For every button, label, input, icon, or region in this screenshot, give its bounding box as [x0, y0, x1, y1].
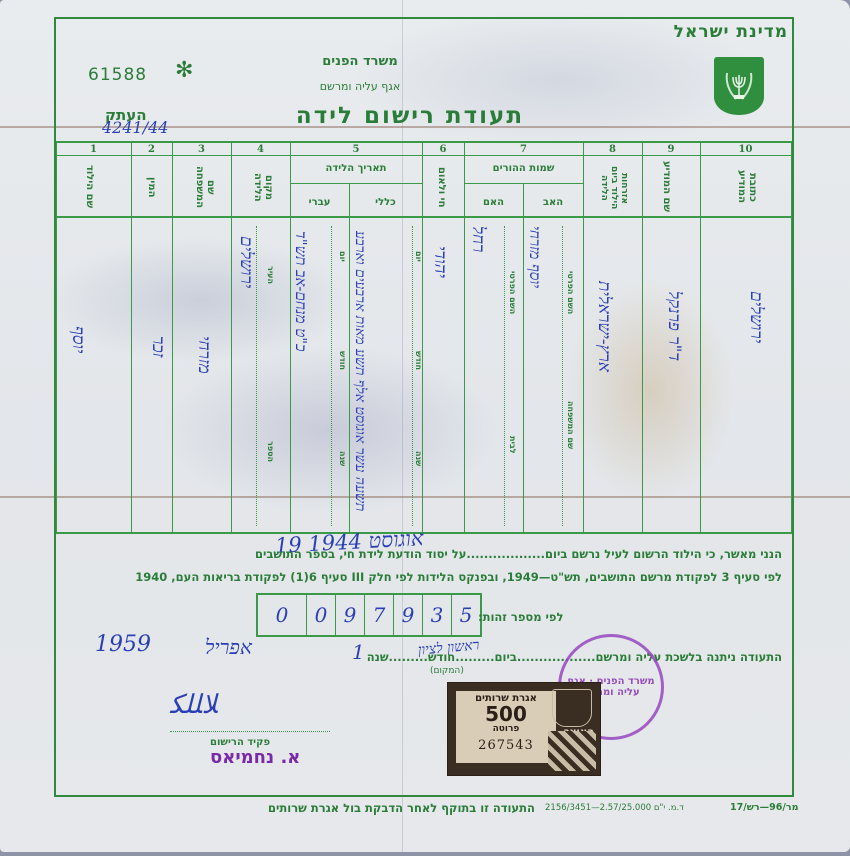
- subheader-general: כללי: [349, 197, 422, 208]
- signature-scrawl: ﻼﻠﻠﻜ: [170, 690, 217, 720]
- stamp-unit: פרוטה: [456, 724, 556, 734]
- header-name: שם הילוד: [84, 161, 95, 213]
- id-number-label: לפי מספר זהות:: [478, 610, 563, 624]
- label-day: יום: [338, 251, 347, 262]
- id-digit: 7: [364, 595, 393, 635]
- header-parents: שמות ההורים: [464, 163, 583, 174]
- label-maiden: לבית: [508, 436, 517, 454]
- entry-mother: רחל: [468, 226, 488, 252]
- entry-sex: זכר: [148, 336, 168, 357]
- stamp-serial: 267543: [456, 738, 556, 753]
- issued-year: 1959: [95, 632, 151, 657]
- registrar-name: א. נחמיאס: [210, 747, 300, 768]
- column-number: 8: [583, 144, 642, 155]
- label-first-name: השם הפרטי: [508, 271, 517, 314]
- entry-name: יוסף: [68, 326, 88, 353]
- entry-nationality: יהודי: [430, 246, 450, 278]
- label-day: יום: [414, 251, 423, 262]
- header-address: כתובת המודיע: [736, 161, 758, 213]
- label-family-name: שם המשפחה: [566, 401, 575, 449]
- id-digit: 9: [335, 595, 364, 635]
- label-year: שנה: [414, 451, 423, 466]
- asterisk-icon: ✻: [175, 58, 193, 83]
- column-number: 6: [422, 144, 464, 155]
- entry-hebrew-date: כ"ט מנחם-אב תש"ד: [292, 231, 310, 352]
- validity-note: התעודה זו בתוקף לאחר הדבקת בול אגרת שרות…: [268, 801, 535, 815]
- column-number: 2: [131, 144, 172, 155]
- id-digit: 9: [393, 595, 422, 635]
- subheader-hebrew: עברי: [290, 197, 349, 208]
- entry-address: ירושלים: [746, 291, 766, 343]
- subheader-father: האב: [523, 197, 583, 208]
- revenue-stamp: אגרת שרותים 500 פרוטה 267543 האוצר: [447, 682, 601, 776]
- header-place: מקום הלידה: [252, 161, 274, 213]
- entry-citizenship: ארץ-ישראלית: [594, 281, 614, 372]
- entry-family: מזרחי: [194, 336, 214, 374]
- id-digit: 0: [258, 595, 306, 635]
- serial-number: 61588: [88, 65, 147, 85]
- label-first-name: השם הפרטי: [566, 271, 575, 314]
- certificate-paper: מדינת ישראל משרד הפנים אגף עליה ומרשם תע…: [0, 0, 850, 852]
- id-digit: 5: [451, 595, 480, 635]
- column-number: 10: [700, 144, 791, 155]
- column-number: 7: [464, 144, 583, 155]
- place-caption: (המקום): [430, 666, 464, 676]
- signature-line: [170, 731, 330, 732]
- header-family: שם המשפחה: [194, 161, 216, 213]
- header-informant: שם המודיע: [661, 161, 672, 213]
- header-sex: המין: [146, 161, 157, 213]
- ministry-name: משרד הפנים: [300, 54, 420, 69]
- stamp-emblem-icon: [552, 689, 592, 727]
- issued-month: אפריל: [205, 635, 252, 660]
- document-title: תעודת רישום לידה: [250, 103, 570, 129]
- department-name: אגף עליה ומרשם: [300, 80, 420, 93]
- entry-place: ירושלים: [236, 236, 256, 288]
- state-name: מדינת ישראל: [674, 22, 788, 42]
- certification-line-2: לפי סעיף 3 לפקודת מרשם התושבים, תש"ט—194…: [135, 570, 782, 584]
- stamp-value: 500: [456, 704, 556, 724]
- label-city: העיר: [266, 266, 275, 284]
- header-nationality: חי ולאום: [436, 161, 447, 213]
- form-number: מר/96—רש/17: [730, 802, 798, 813]
- issued-day: 1: [352, 640, 365, 664]
- column-number: 3: [172, 144, 231, 155]
- entry-informant: ד"ר פרנקל: [664, 291, 684, 361]
- column-number: 1: [56, 144, 131, 155]
- certification-line-1: הנני מאשר, כי הילוד הרשום לעיל נרשם ביום…: [255, 547, 782, 561]
- entry-general-date: תשעה עשר אוגוסט אלף תשע מאות ארבעים וארב…: [352, 231, 368, 511]
- subheader-mother: האם: [464, 197, 523, 208]
- stamp-pattern: [548, 731, 596, 771]
- column-number: 4: [231, 144, 290, 155]
- column-number: 5: [290, 144, 422, 155]
- id-number-boxes: 0 0 9 7 9 3 5: [256, 593, 482, 637]
- id-digit: 0: [306, 595, 335, 635]
- menorah-emblem-icon: [714, 57, 764, 115]
- header-date: תאריך הלידה: [290, 163, 422, 174]
- id-digit: 3: [422, 595, 451, 635]
- label-month: חודש: [414, 351, 423, 370]
- label-book: הספר: [266, 441, 275, 462]
- copy-number: 4241/44: [102, 118, 168, 137]
- print-code: 2156/3451—2.57/25.000 ד.מ. י"ם: [545, 803, 684, 813]
- label-month: חודש: [338, 351, 347, 370]
- birth-record-table: 1 2 3 4 5 6 7 8 9 10 שם הילוד המין שם המ…: [56, 141, 792, 534]
- entry-father: יוסף מזרחי: [526, 226, 544, 288]
- label-year: שנה: [338, 451, 347, 466]
- column-number: 9: [642, 144, 700, 155]
- header-citizenship: אזרחות הילוד ביום הלידה: [599, 161, 629, 215]
